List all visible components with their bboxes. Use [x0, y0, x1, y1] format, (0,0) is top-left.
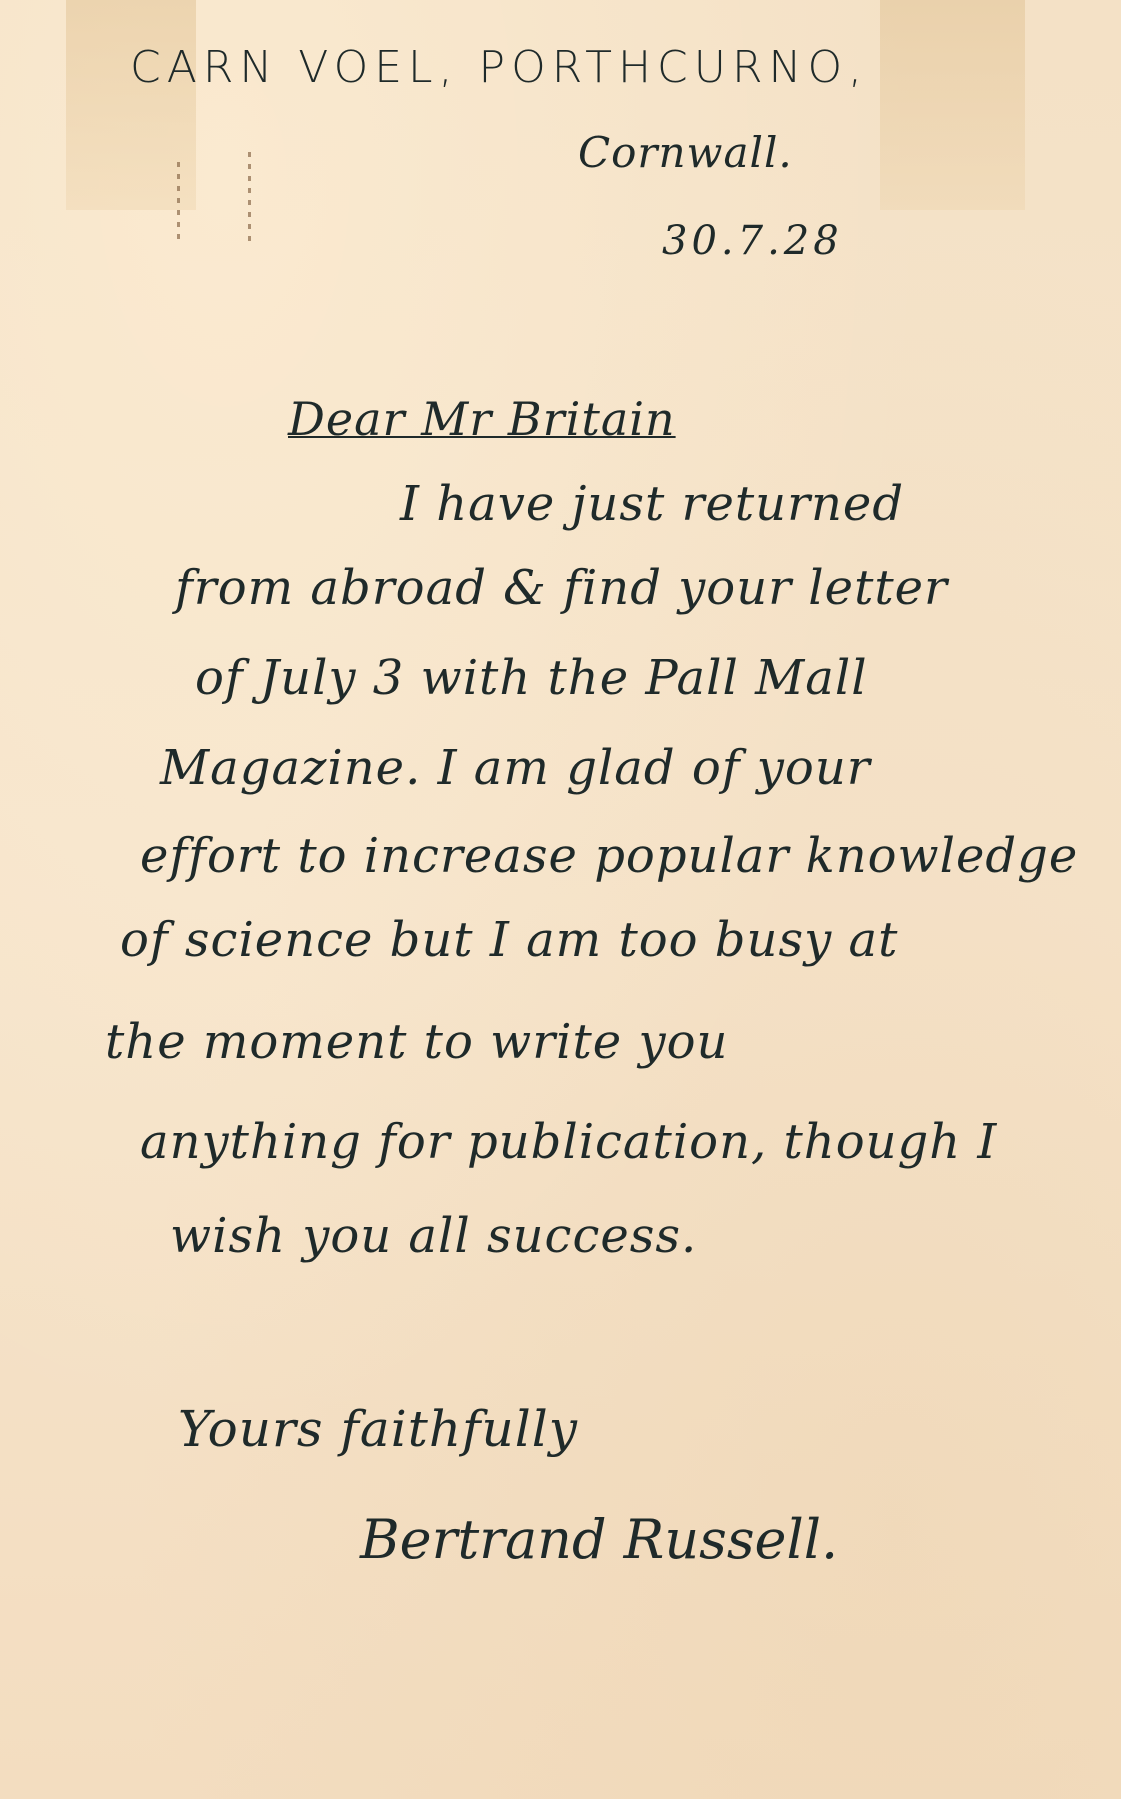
- letter-paper: CARN VOEL, PORTHCURNO, Cornwall. 30.7.28…: [0, 0, 1121, 1799]
- signature: Bertrand Russell.: [360, 1508, 838, 1571]
- address-line-2: Cornwall.: [578, 128, 793, 177]
- letter-date: 30.7.28: [662, 218, 843, 264]
- body-line: effort to increase popular knowledge: [140, 828, 1078, 884]
- body-line: Magazine. I am glad of your: [160, 740, 871, 796]
- body-line: of science but I am too busy at: [120, 912, 898, 968]
- body-line: of July 3 with the Pall Mall: [195, 650, 868, 706]
- tape-residue-right: [880, 0, 1025, 210]
- body-line: from abroad & find your letter: [175, 560, 948, 616]
- body-line: anything for publication, though I: [140, 1114, 997, 1170]
- salutation: Dear Mr Britain: [288, 392, 676, 446]
- closing: Yours faithfully: [178, 1400, 578, 1458]
- body-line: I have just returned: [400, 476, 904, 532]
- body-line: wish you all success.: [170, 1208, 697, 1264]
- body-line: the moment to write you: [105, 1014, 728, 1070]
- staple-marks-left: [177, 162, 180, 242]
- address-line-1: CARN VOEL, PORTHCURNO,: [130, 42, 868, 93]
- staple-marks-right: [248, 152, 251, 242]
